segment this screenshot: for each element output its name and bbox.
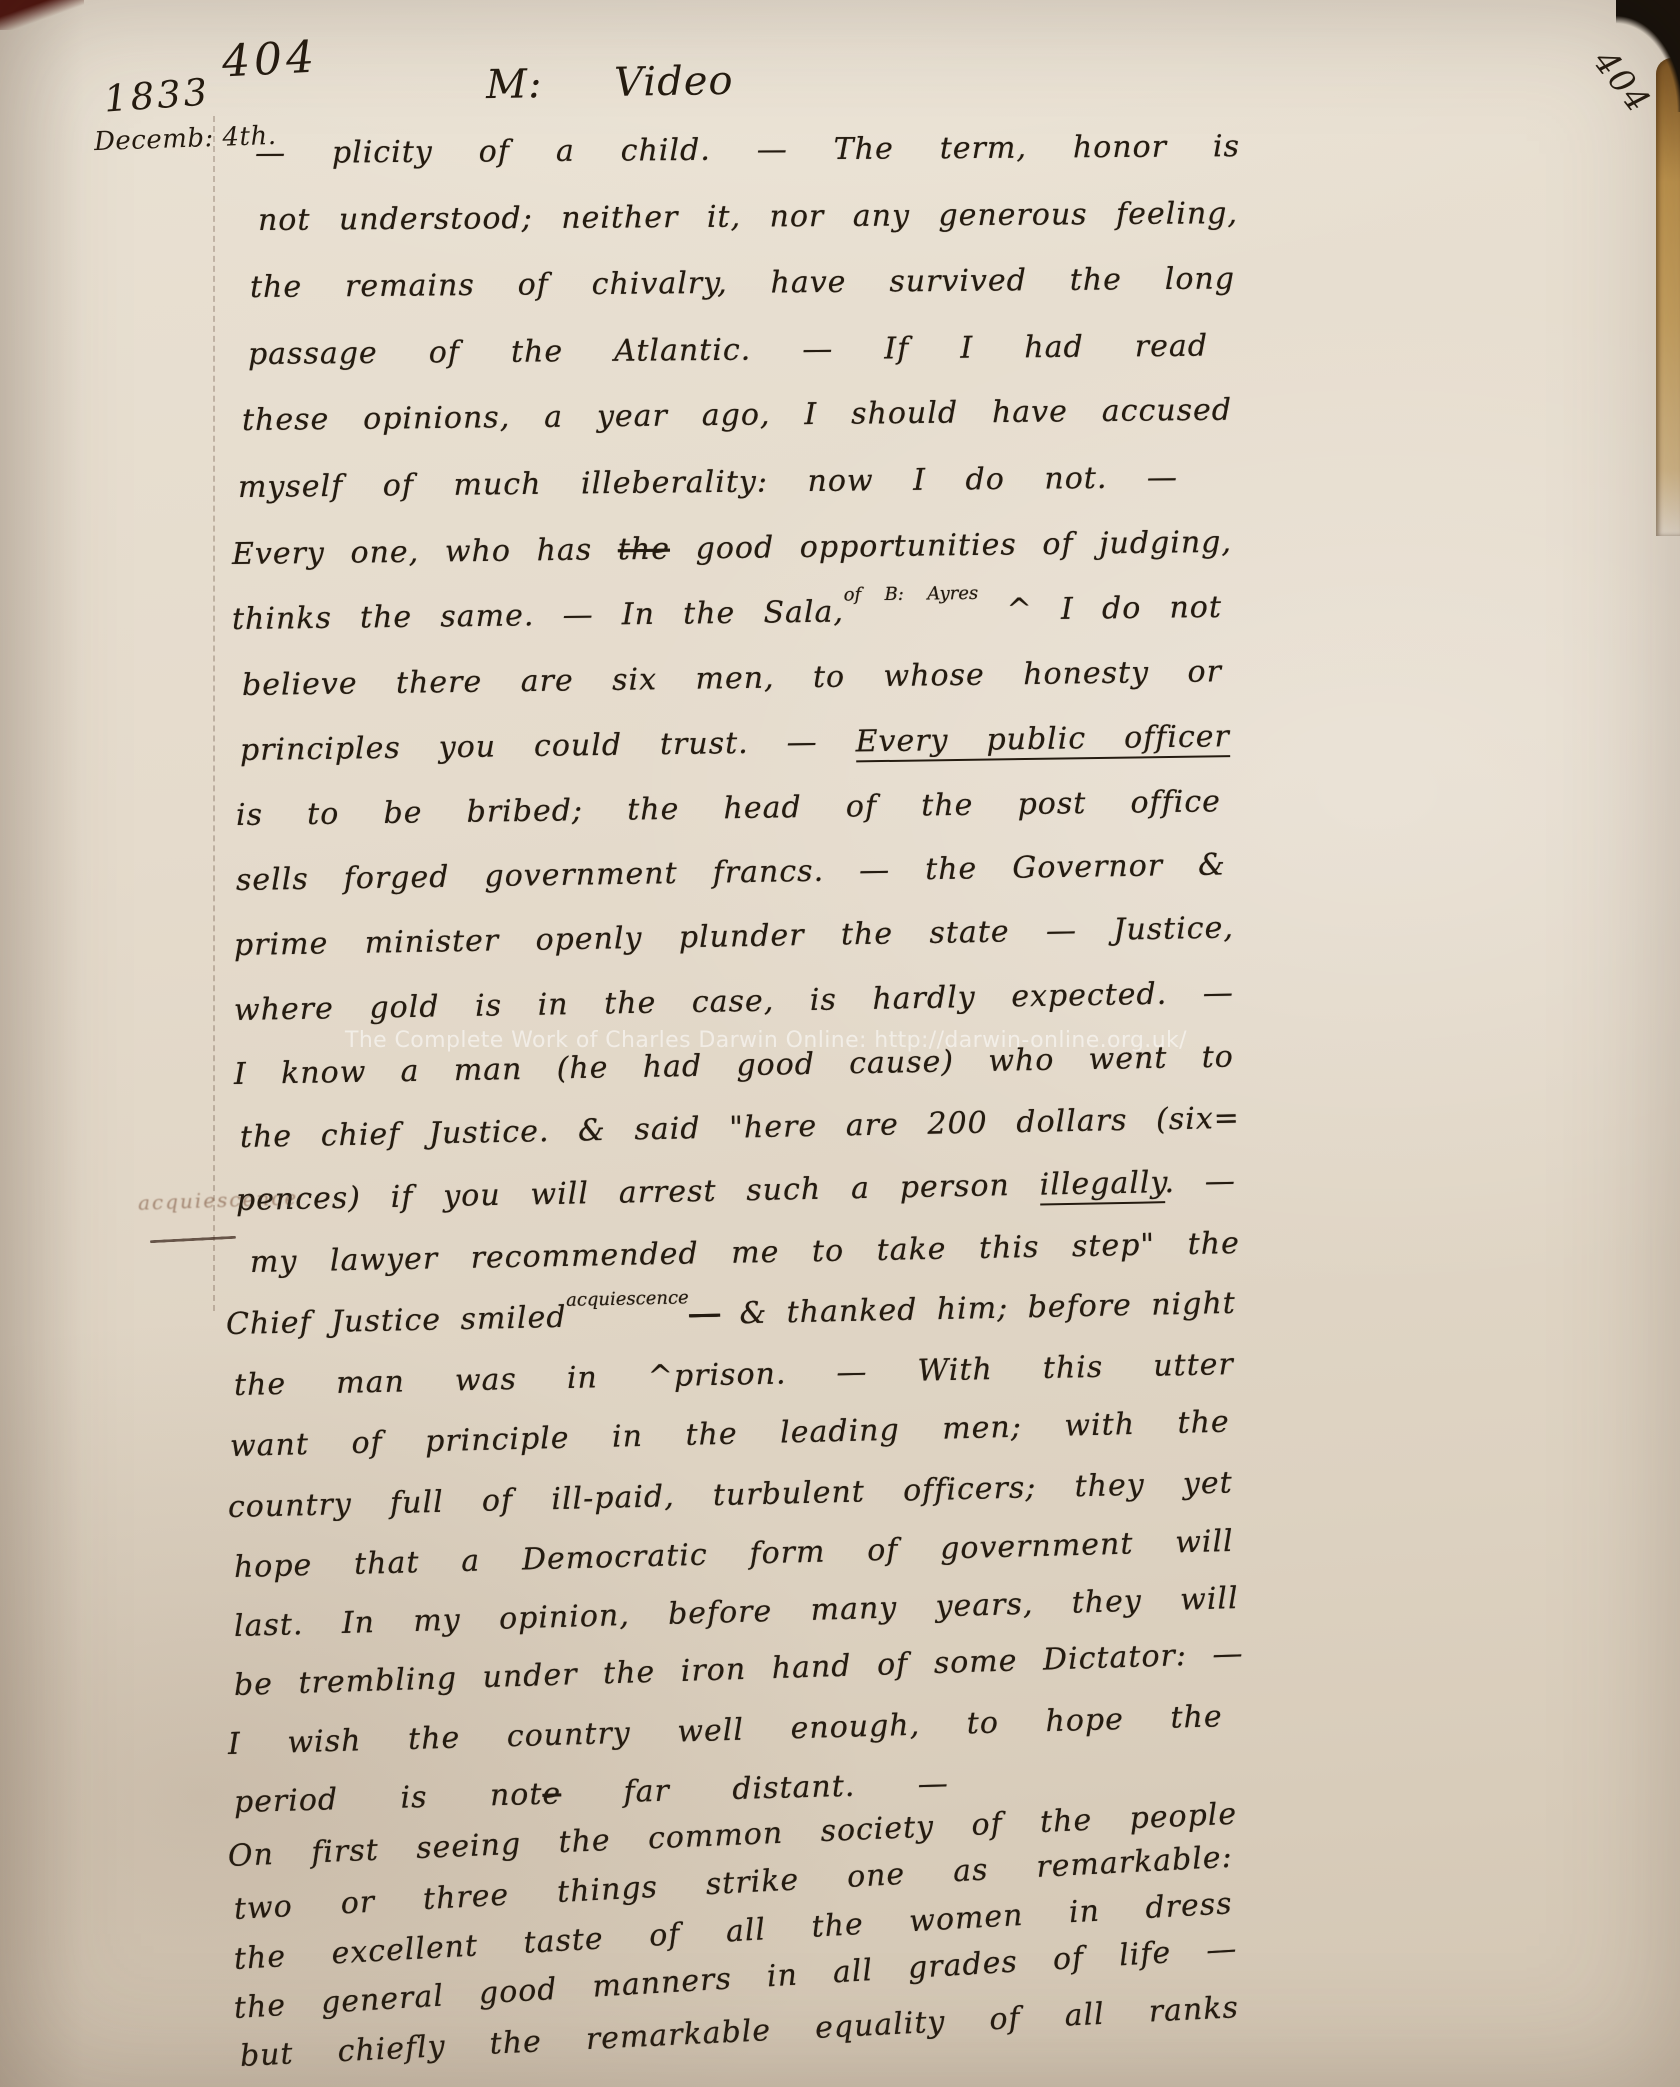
book-page-edge xyxy=(1656,58,1680,536)
margin-rule-line xyxy=(213,116,215,1311)
manuscript-segment: country full of ill-paid, turbulent offi… xyxy=(228,1465,1234,1525)
manuscript-segment: principles you could trust. — xyxy=(240,724,856,768)
manuscript-line: myself of much illeberality: now I do no… xyxy=(238,459,1178,506)
manuscript-segment: good opportunities of judging, xyxy=(670,525,1232,567)
manuscript-line: last. In my opinion, before many years, … xyxy=(233,1580,1239,1646)
manuscript-segment: the chief Justice. & said "here are 200 … xyxy=(240,1101,1240,1155)
manuscript-segment: is to be bribed; the head of the post of… xyxy=(236,784,1221,833)
manuscript-line: Chief Justice smiledacquiescence— & than… xyxy=(226,1285,1237,1344)
photo-corner-top-right xyxy=(1616,0,1680,112)
manuscript-line: not understood; neither it, nor any gene… xyxy=(258,195,1238,239)
manuscript-segment-u: Every public officer xyxy=(855,719,1230,762)
manuscript-line: Every one, who has the good opportunitie… xyxy=(232,524,1232,574)
manuscript-segment-sup: acquiescence xyxy=(566,1287,689,1311)
page-number-top-left: 404 xyxy=(221,32,320,88)
manuscript-line: these opinions, a year ago, I should hav… xyxy=(242,392,1232,440)
page-heading: M: Video xyxy=(486,58,734,108)
manuscript-segment: I wish the country well enough, to hope … xyxy=(228,1699,1224,1762)
manuscript-segment: pences) if you will arrest such a person xyxy=(236,1168,1040,1218)
manuscript-line: my lawyer recommended me to take this st… xyxy=(250,1225,1241,1281)
manuscript-line: be trembling under the iron hand of some… xyxy=(233,1635,1244,1704)
manuscript-segment: sells forged government francs. — the Go… xyxy=(236,847,1226,898)
manuscript-segment: period is not xyxy=(234,1777,543,1820)
manuscript-segment: ^ I do not xyxy=(978,590,1222,628)
manuscript-segment-u: illegally xyxy=(1039,1165,1164,1205)
manuscript-segment: last. In my opinion, before many years, … xyxy=(234,1581,1240,1644)
manuscript-segment: far distant. — xyxy=(561,1766,950,1811)
manuscript-line: principles you could trust. — Every publ… xyxy=(240,718,1230,769)
manuscript-line: pences) if you will arrest such a person… xyxy=(236,1163,1237,1220)
manuscript-segment: not understood; neither it, nor any gene… xyxy=(258,196,1238,238)
manuscript-line: where gold is in the case, is hardly exp… xyxy=(234,975,1235,1030)
manuscript-segment: passage of the Atlantic. — If I had read xyxy=(248,329,1208,372)
manuscript-page: 404 404 1833 M: Video Decemb: 4th. acqui… xyxy=(0,0,1680,2087)
manuscript-segment: Every one, who has xyxy=(232,532,618,572)
manuscript-segment: these opinions, a year ago, I should hav… xyxy=(242,393,1232,438)
margin-note-underline xyxy=(150,1236,236,1243)
manuscript-segment: & thanked him; before night xyxy=(720,1286,1236,1332)
manuscript-segment-sup: of B: Ayres xyxy=(844,583,979,606)
manuscript-line: the remains of chivalry, have survived t… xyxy=(250,260,1235,306)
manuscript-segment: want of principle in the leading men; wi… xyxy=(230,1405,1231,1464)
manuscript-segment: Chief Justice smiled xyxy=(226,1300,567,1342)
manuscript-line: is to be bribed; the head of the post of… xyxy=(236,783,1221,834)
manuscript-line: the chief Justice. & said "here are 200 … xyxy=(240,1100,1241,1157)
manuscript-segment: the man was in ^prison. — With this utte… xyxy=(234,1347,1235,1403)
manuscript-segment: — plicity of a child. — The term, honor … xyxy=(255,129,1240,171)
manuscript-line: country full of ill-paid, turbulent offi… xyxy=(228,1464,1234,1526)
manuscript-line: want of principle in the leading men; wi… xyxy=(230,1404,1231,1466)
manuscript-segment: thinks the same. — In the Sala, xyxy=(232,595,844,637)
manuscript-line: passage of the Atlantic. — If I had read xyxy=(248,328,1208,374)
manuscript-segment: be trembling under the iron hand of some… xyxy=(233,1636,1244,1703)
manuscript-line: sells forged government francs. — the Go… xyxy=(236,846,1226,899)
manuscript-line: I wish the country well enough, to hope … xyxy=(227,1698,1223,1763)
manuscript-segment: the remains of chivalry, have survived t… xyxy=(250,261,1235,305)
manuscript-segment: myself of much illeberality: now I do no… xyxy=(238,460,1178,505)
manuscript-segment-st: — xyxy=(689,1297,721,1333)
manuscript-segment: my lawyer recommended me to take this st… xyxy=(250,1226,1240,1280)
manuscript-line: — plicity of a child. — The term, honor … xyxy=(255,128,1240,172)
manuscript-line: thinks the same. — In the Sala,of B: Ayr… xyxy=(232,589,1222,639)
manuscript-line: prime minister openly plunder the state … xyxy=(234,910,1235,965)
manuscript-line: the man was in ^prison. — With this utte… xyxy=(234,1346,1235,1404)
manuscript-segment: prime minister openly plunder the state … xyxy=(234,911,1234,963)
photo-corner-top-left xyxy=(0,0,84,30)
manuscript-line: believe there are six men, to whose hone… xyxy=(242,653,1222,704)
manuscript-segment: . — xyxy=(1164,1164,1236,1200)
manuscript-segment-st: the xyxy=(618,532,671,568)
manuscript-line: hope that a Democratic form of governmen… xyxy=(234,1523,1235,1587)
manuscript-segment-st: e xyxy=(542,1776,562,1811)
manuscript-segment: believe there are six men, to whose hone… xyxy=(242,654,1222,703)
manuscript-segment: hope that a Democratic form of governmen… xyxy=(234,1524,1235,1585)
year-label: 1833 xyxy=(103,70,212,120)
margin-date: Decemb: 4th. xyxy=(94,121,277,157)
manuscript-segment: where gold is in the case, is hardly exp… xyxy=(234,976,1234,1028)
